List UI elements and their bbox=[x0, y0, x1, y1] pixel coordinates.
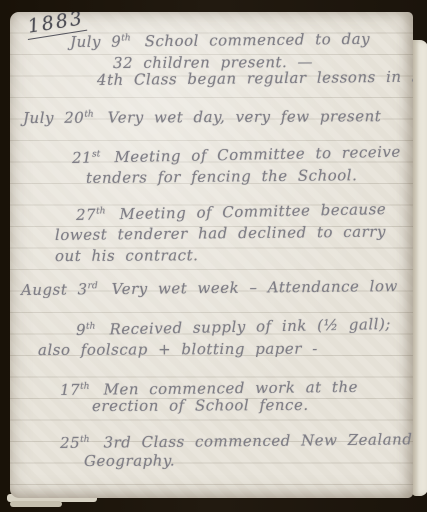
entry-date-suffix: th bbox=[96, 206, 106, 216]
entry-date-suffix: th bbox=[84, 110, 93, 120]
entry-text: lowest tenderer had declined to carry bbox=[55, 223, 386, 244]
entry-text: Meeting of Committee to receive bbox=[114, 143, 401, 166]
entry-date: 27 bbox=[76, 206, 96, 224]
entry-date: 9 bbox=[76, 321, 86, 339]
entry-date: 21 bbox=[72, 149, 92, 167]
entry-text: Very wet day, very few present bbox=[108, 107, 382, 126]
entry-text: tenders for fencing the School. bbox=[86, 166, 358, 187]
entry-text: 3rd Class commenced New Zealand bbox=[103, 430, 412, 451]
entry-date-suffix: st bbox=[92, 149, 100, 159]
entry-line: tenders for fencing the School. bbox=[86, 166, 358, 187]
entry-text: Received supply of ink (½ gall); bbox=[109, 315, 391, 338]
entry-text: School commenced to day bbox=[145, 30, 371, 50]
entry-text: also foolscap + blotting paper - bbox=[38, 340, 318, 359]
entry-line: also foolscap + blotting paper - bbox=[38, 340, 318, 359]
entry-date: 25 bbox=[60, 434, 80, 452]
journal-page: 1883 July 9thSchool commenced to day 32 … bbox=[10, 12, 413, 498]
entry-line: lowest tenderer had declined to carry bbox=[55, 223, 386, 244]
entry-line: out his contract. bbox=[55, 246, 198, 265]
entry-date-suffix: th bbox=[80, 382, 90, 392]
entry-date: Augst 3 bbox=[21, 280, 88, 299]
entry-date: July 20 bbox=[23, 109, 84, 127]
entry-line: 17thMen commenced work at the bbox=[60, 375, 358, 399]
entry-date-suffix: rd bbox=[88, 281, 98, 291]
entry-date-suffix: th bbox=[121, 33, 131, 43]
entry-line: erection of School fence. bbox=[92, 396, 309, 415]
entry-date: 17 bbox=[60, 381, 80, 399]
entry-date-suffix: th bbox=[86, 322, 96, 332]
entry-line: 27thMeeting of Committee because bbox=[76, 197, 387, 224]
entry-line: July 9thSchool commenced to day bbox=[70, 27, 370, 51]
entry-text: out his contract. bbox=[55, 246, 198, 265]
entry-text: erection of School fence. bbox=[92, 396, 309, 415]
entry-line: 21stMeeting of Committee to receive bbox=[72, 140, 401, 167]
entry-text: Very wet week – Attendance low bbox=[112, 277, 398, 298]
entry-line: Augst 3rdVery wet week – Attendance low bbox=[21, 274, 398, 299]
entry-line: July 20thVery wet day, very few present bbox=[23, 104, 381, 127]
entry-line: Geography. bbox=[84, 452, 175, 470]
entry-line: 25th3rd Class commenced New Zealand bbox=[60, 427, 413, 452]
page-stack-edge bbox=[10, 501, 62, 507]
entry-text: 4th Class began regular lessons in Scien… bbox=[97, 67, 413, 89]
entry-text: Geography. bbox=[84, 452, 175, 470]
entry-date-suffix: th bbox=[80, 435, 90, 445]
entry-line: 9thReceived supply of ink (½ gall); bbox=[76, 312, 391, 339]
entry-line: 4th Class began regular lessons in Scien… bbox=[97, 67, 413, 89]
entry-date: July 9 bbox=[70, 32, 121, 51]
photo-background: 1883 July 9thSchool commenced to day 32 … bbox=[0, 0, 427, 512]
adjacent-page-edge bbox=[412, 40, 427, 496]
entry-text: Meeting of Committee because bbox=[119, 200, 386, 223]
